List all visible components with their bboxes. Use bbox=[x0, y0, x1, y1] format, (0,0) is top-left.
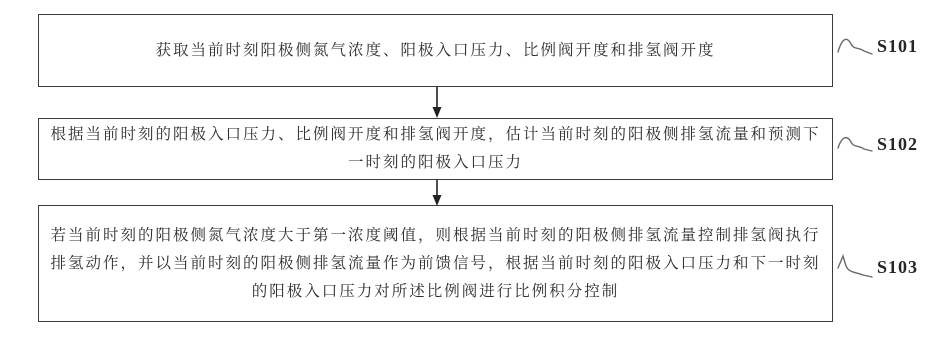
leader-squiggle-icon bbox=[836, 130, 874, 158]
step-s101-text: 获取当前时刻阳极侧氮气浓度、阳极入口压力、比例阀开度和排氢阀开度 bbox=[145, 37, 725, 65]
down-arrow-icon bbox=[430, 180, 444, 206]
step-ref-s101: S101 bbox=[836, 32, 918, 60]
step-ref-s102: S102 bbox=[836, 130, 918, 158]
step-ref-label: S101 bbox=[877, 36, 918, 57]
leader-squiggle-icon bbox=[836, 32, 874, 60]
flow-step-box-s102: 根据当前时刻的阳极入口压力、比例阀开度和排氢阀开度，估计当前时刻的阳极侧排氢流量… bbox=[38, 118, 833, 180]
step-s103-text: 若当前时刻的阳极侧氮气浓度大于第一浓度阈值，则根据当前时刻的阳极侧排氢流量控制排… bbox=[39, 222, 832, 306]
step-ref-s103: S103 bbox=[836, 252, 918, 282]
down-arrow-icon bbox=[430, 87, 444, 118]
flow-step-box-s101: 获取当前时刻阳极侧氮气浓度、阳极入口压力、比例阀开度和排氢阀开度 bbox=[38, 14, 833, 87]
step-s102-text: 根据当前时刻的阳极入口压力、比例阀开度和排氢阀开度，估计当前时刻的阳极侧排氢流量… bbox=[39, 121, 832, 177]
flow-step-box-s103: 若当前时刻的阳极侧氮气浓度大于第一浓度阈值，则根据当前时刻的阳极侧排氢流量控制排… bbox=[38, 205, 833, 322]
step-ref-label: S103 bbox=[877, 257, 918, 278]
patent-flowchart: 获取当前时刻阳极侧氮气浓度、阳极入口压力、比例阀开度和排氢阀开度 根据当前时刻的… bbox=[0, 0, 936, 361]
leader-squiggle-icon bbox=[836, 252, 874, 282]
step-ref-label: S102 bbox=[877, 134, 918, 155]
